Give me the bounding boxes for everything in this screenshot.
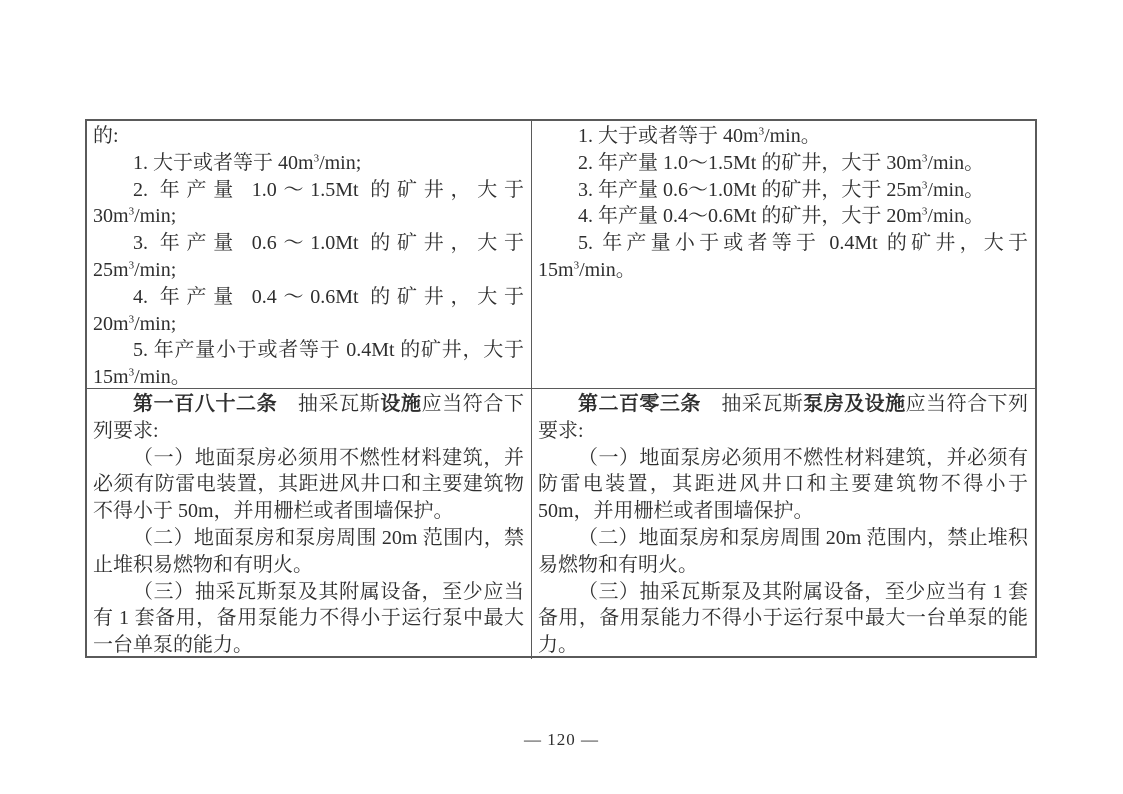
text-run: /min。	[134, 366, 191, 388]
paragraph: （二）地面泵房和泵房周围 20m 范围内，禁止堆积易燃物和有明火。	[538, 525, 1028, 579]
text-run: （一）地面泵房必须用不燃性材料建筑，并必须有防雷电装置，其距进风井口和主要建筑物…	[538, 447, 1028, 523]
paragraph: 5. 年产量小于或者等于 0.4Mt 的矿井，大于 15m3/min。	[93, 337, 524, 388]
text-run: （三）抽采瓦斯泵及其附属设备，至少应当有 1 套备用，备用泵能力不得小于运行泵中…	[538, 581, 1028, 657]
paragraph: （二）地面泵房和泵房周围 20m 范围内，禁止堆积易燃物和有明火。	[93, 525, 524, 579]
text-run: （二）地面泵房和泵房周围 20m 范围内，禁止堆积易燃物和有明火。	[93, 527, 524, 576]
text-run: 4. 年产量 0.4～0.6Mt 的矿井，大于 20m	[578, 205, 922, 227]
text-run: 泵房及设施	[803, 393, 905, 415]
page-number: — 120 —	[0, 730, 1123, 750]
paragraph: （一）地面泵房必须用不燃性材料建筑，并必须有防雷电装置，其距进风井口和主要建筑物…	[93, 445, 524, 525]
table-cell-article-182: 第一百八十二条 抽采瓦斯设施应当符合下列要求:（一）地面泵房必须用不燃性材料建筑…	[87, 389, 532, 659]
text-run: /min。	[927, 152, 984, 174]
paragraph: 1. 大于或者等于 40m3/min。	[538, 123, 1028, 150]
text-run: 的:	[93, 125, 119, 147]
text-run: 1. 大于或者等于 40m	[578, 125, 759, 147]
text-run: 设施	[380, 393, 421, 415]
document-page: 的:1. 大于或者等于 40m3/min;2. 年产量 1.0～1.5Mt 的矿…	[0, 0, 1123, 794]
text-run: （一）地面泵房必须用不燃性材料建筑，并必须有防雷电装置，其距进风井口和主要建筑物…	[93, 447, 524, 523]
paragraph: 4. 年产量 0.4～0.6Mt 的矿井，大于 20m3/min;	[93, 284, 524, 338]
paragraph: 3. 年产量 0.6～1.0Mt 的矿井，大于 25m3/min;	[93, 230, 524, 284]
paragraph: 的:	[93, 123, 524, 150]
paragraph: 3. 年产量 0.6～1.0Mt 的矿井，大于 25m3/min。	[538, 177, 1028, 204]
text-run: 1. 大于或者等于 40m	[133, 152, 314, 174]
text-run: （三）抽采瓦斯泵及其附属设备，至少应当有 1 套备用，备用泵能力不得小于运行泵中…	[93, 581, 524, 657]
text-run: 3. 年产量 0.6～1.0Mt 的矿井，大于 25m	[578, 179, 922, 201]
text-run: /min。	[927, 179, 984, 201]
table-cell-old-regulation-thresholds: 的:1. 大于或者等于 40m3/min;2. 年产量 1.0～1.5Mt 的矿…	[87, 121, 532, 388]
paragraph: 4. 年产量 0.4～0.6Mt 的矿井，大于 20m3/min。	[538, 203, 1028, 230]
paragraph: （三）抽采瓦斯泵及其附属设备，至少应当有 1 套备用，备用泵能力不得小于运行泵中…	[538, 579, 1028, 659]
text-run: 抽采瓦斯	[701, 393, 803, 415]
paragraph: （三）抽采瓦斯泵及其附属设备，至少应当有 1 套备用，备用泵能力不得小于运行泵中…	[93, 579, 524, 659]
text-run: 第二百零三条	[578, 393, 701, 415]
text-run: 抽采瓦斯	[277, 393, 380, 415]
paragraph: （一）地面泵房必须用不燃性材料建筑，并必须有防雷电装置，其距进风井口和主要建筑物…	[538, 445, 1028, 525]
text-run: /min;	[134, 313, 176, 335]
table-row-gas-drainage-articles: 第一百八十二条 抽采瓦斯设施应当符合下列要求:（一）地面泵房必须用不燃性材料建筑…	[87, 389, 1035, 659]
text-run: /min;	[319, 152, 361, 174]
paragraph: 第一百八十二条 抽采瓦斯设施应当符合下列要求:	[93, 391, 524, 445]
text-run: /min。	[927, 205, 984, 227]
paragraph: 5. 年产量小于或者等于 0.4Mt 的矿井，大于 15m3/min。	[538, 230, 1028, 284]
table-row-ventilation-thresholds: 的:1. 大于或者等于 40m3/min;2. 年产量 1.0～1.5Mt 的矿…	[87, 121, 1035, 389]
paragraph: 1. 大于或者等于 40m3/min;	[93, 150, 524, 177]
text-run: /min;	[134, 205, 176, 227]
paragraph: 2. 年产量 1.0～1.5Mt 的矿井，大于 30m3/min;	[93, 177, 524, 231]
text-run: 第一百八十二条	[133, 393, 277, 415]
text-run: （二）地面泵房和泵房周围 20m 范围内，禁止堆积易燃物和有明火。	[538, 527, 1028, 576]
paragraph: 第二百零三条 抽采瓦斯泵房及设施应当符合下列要求:	[538, 391, 1028, 445]
paragraph: 2. 年产量 1.0～1.5Mt 的矿井，大于 30m3/min。	[538, 150, 1028, 177]
text-run: /min。	[579, 259, 636, 281]
table-cell-new-regulation-thresholds: 1. 大于或者等于 40m3/min。2. 年产量 1.0～1.5Mt 的矿井，…	[532, 121, 1035, 388]
text-run: /min;	[134, 259, 176, 281]
table-cell-article-203: 第二百零三条 抽采瓦斯泵房及设施应当符合下列要求:（一）地面泵房必须用不燃性材料…	[532, 389, 1035, 659]
text-run: /min。	[764, 125, 821, 147]
text-run: 2. 年产量 1.0～1.5Mt 的矿井，大于 30m	[578, 152, 922, 174]
regulation-comparison-table: 的:1. 大于或者等于 40m3/min;2. 年产量 1.0～1.5Mt 的矿…	[85, 119, 1037, 658]
